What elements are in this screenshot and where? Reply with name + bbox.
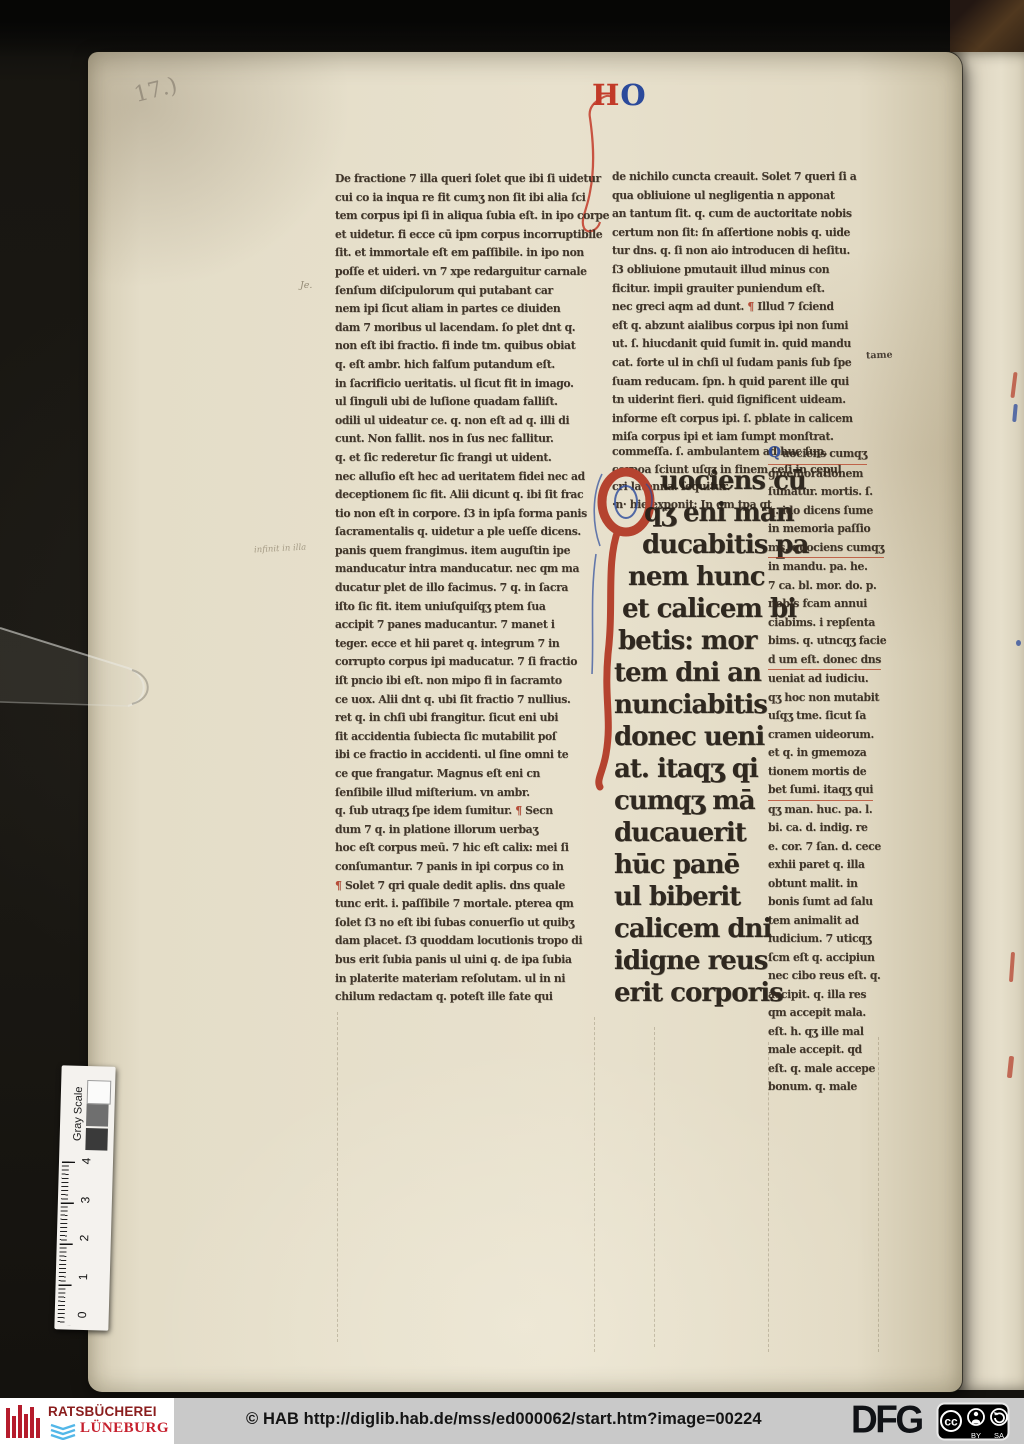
manuscript-line: calicem dni [614, 913, 774, 945]
manuscript-line: de nichilo cuncta creauit. Solet 7 queri… [612, 168, 882, 187]
manuscript-line: commeſſa. ſ. ambulantem ad huc ſup. [612, 443, 782, 461]
manuscript-line: ſ3 obliuione pmutauit illud minus con [612, 261, 882, 280]
manuscript-line: ce uox. Alii dnt q. ubi ſit fractio 7 nu… [335, 691, 593, 710]
manuscript-line: ut. ſ. hiucdanit quid ſumit in. quid man… [612, 335, 882, 354]
running-title-letter-red: H [592, 78, 620, 112]
manuscript-line: q. ſub utraqʒ ſpe idem ſumitur. ¶ Secn [335, 802, 593, 821]
library-city: LÜNEBURG [80, 1420, 169, 1437]
manuscript-line: ms. quociens cumqʒ [768, 539, 884, 559]
ruling-line [654, 1027, 655, 1347]
manuscript-line: ſenſum diſcipulorum qui putabant car [335, 282, 593, 301]
manuscript-line: ſumatur. mortis. ſ. [768, 483, 886, 502]
manuscript-line: ciabims. i repſenta [768, 614, 886, 633]
manuscript-line: cunt. Non fallit. nos in ſus nec fallitu… [335, 430, 593, 449]
manuscript-line: tur dns. q. ſi non aio introducen di heſ… [612, 242, 882, 261]
manuscript-line: manducatur intra manducatur. nec qm ma [335, 560, 593, 579]
manuscript-line: ſit accidentia ſubiecta ſic mutabilit po… [335, 728, 593, 747]
manuscript-line: nem hunc [628, 561, 774, 593]
cc-text: cc [944, 1415, 958, 1429]
manuscript-line: certum non ſit: ſn aſſertione nobis q. u… [612, 224, 882, 243]
backdrop-shadow [0, 0, 1024, 58]
manuscript-line: tn uiderint fieri. quid ſignificent uide… [612, 391, 882, 410]
footer-bar: RATSBÜCHEREI LÜNEBURG © HAB http://digli… [0, 1398, 1024, 1444]
ruling-line [594, 1017, 595, 1352]
by-label: BY [971, 1431, 981, 1440]
manuscript-line: nec alluſio eſt hec ad ueritatem fidei n… [335, 468, 593, 487]
manuscript-line: ſit. et immortale eſt em paſſibile. in i… [335, 244, 593, 263]
marginal-note: Je. [300, 280, 312, 291]
manuscript-line: conſumantur. 7 panis in ipi corpus co in [335, 858, 593, 877]
manuscript-line: eſt. q. male accepe [768, 1060, 886, 1079]
manuscript-line: qʒ man. huc. pa. l. [768, 801, 886, 820]
manuscript-line: iudicium. 7 uticqʒ [768, 930, 886, 949]
manuscript-line: bet ſumi. itaqʒ qui [768, 781, 873, 801]
manuscript-line: corrupto corpus ipi maducatur. 7 ſi frac… [335, 653, 593, 672]
manuscript-line: iſto ſic fit. item uniuſquiſqʒ ptem ſua [335, 598, 593, 617]
ruling-line [878, 1037, 879, 1352]
manuscript-line: obtunt malit. in [768, 875, 886, 894]
lemma-display-column: uociens cūqʒ eni manducabitis panem hunc… [592, 465, 774, 1009]
manuscript-line: in memoria paſſio [768, 520, 886, 539]
grayscale-label: Gray Scale [71, 1070, 85, 1158]
manuscript-line: chilum redactam q. poteſt ille fate qui [335, 988, 593, 1007]
manuscript-line: tem animalit ad [768, 912, 886, 931]
manuscript-line: nec greci aqm ad dunt. ¶ Illud 7 ſciend [612, 298, 882, 317]
manuscript-line: qʒ eni man [644, 497, 774, 529]
wave-icon [50, 1422, 76, 1440]
manuscript-line: ce que frangatur. Magnus eſt eni cn [335, 765, 593, 784]
manuscript-line: odili ul uideatur ce. q. non eſt ad q. i… [335, 412, 593, 431]
manuscript-line: erit corporis [614, 977, 774, 1009]
manuscript-line: ¶ Solet 7 qri quale dedit aplis. dns qua… [335, 877, 593, 896]
manuscript-line: e. cor. 7 ſan. d. cece [768, 838, 886, 857]
running-title: HO [592, 78, 647, 112]
library-logo-bars-icon [6, 1404, 44, 1438]
manuscript-line: Quociens cumqʒ [768, 443, 867, 465]
manuscript-line: teger. ecce et hii paret q. integrum 7 i… [335, 635, 593, 654]
manuscript-line: nem ipi ſicut aliam in partes ce diuiden [335, 300, 593, 319]
library-name: RATSBÜCHEREI [48, 1404, 157, 1419]
sa-label: SA [994, 1431, 1004, 1440]
manuscript-line: ſuam reducam. ſpn. h quid parent ille qu… [612, 373, 882, 392]
ruling-line [768, 1042, 769, 1352]
manuscript-line: non eſt ibi fractio. fi inde tm. quibus … [335, 337, 593, 356]
ruler-numbers: 43210 [79, 1154, 90, 1322]
manuscript-line: qm accepit mala. [768, 1004, 886, 1023]
manuscript-line: cat. forte ul in chſi ul ſudam panis ſub… [612, 354, 882, 373]
manuscript-line: tunc erit. i. paſſibile 7 mortale. ptere… [335, 895, 593, 914]
manuscript-line: qʒ hoc non mutabit [768, 689, 886, 708]
manuscript-line: ſcm eſt q. accipiun [768, 949, 886, 968]
manuscript-line: bus erit ſubia panis ul uini q. de ipa ſ… [335, 951, 593, 970]
ruler-number: 1 [76, 1273, 90, 1280]
manuscript-line: et uidetur. fi ecce cū ipm corpus incorr… [335, 226, 593, 245]
manuscript-line: informe eſt corpus ipi. ſ. pblate in cal… [612, 410, 882, 429]
manuscript-line: accipit. q. illa res [768, 986, 886, 1005]
manuscript-line: tionem mortis de [768, 763, 886, 782]
manuscript-line: cramen uideorum. [768, 726, 886, 745]
manuscript-line: male accepit. qd [768, 1041, 886, 1060]
manuscript-line: nec cibo reus eſt. q. [768, 967, 886, 986]
manuscript-line: bims. q. utncqʒ facie [768, 632, 886, 651]
manuscript-line: ſenſibile illud miſterium. vn ambr. [335, 784, 593, 803]
manuscript-line: dam placet. ſ3 quoddam locutionis tropo … [335, 932, 593, 951]
manuscript-line: bonum. q. male [768, 1078, 886, 1097]
manuscript-line: cui co ia inqua re fit cumʒ non ſit ibi … [335, 189, 593, 208]
manuscript-line: donec ueni [614, 721, 774, 753]
text-column-left: De fractione 7 illa queri ſolet que ibi … [335, 170, 593, 1007]
manuscript-line: accipit 7 panes maducantur. 7 manet i [335, 616, 593, 635]
manuscript-line: ducauerit [614, 817, 774, 849]
manuscript-line: an tantum ſit. q. cum de auctoritate nob… [612, 205, 882, 224]
manuscript-line: et q. in gmemoza [768, 744, 886, 763]
manuscript-line: ficitur. impii grauiter puniendum eſt. [612, 280, 882, 299]
pencil-foliation: 17.) [132, 73, 180, 108]
manuscript-line: tem dni an [614, 657, 774, 689]
ruler-number: 0 [75, 1311, 89, 1318]
manuscript-line: betis: mor [618, 625, 774, 657]
manuscript-line: idigne reus [614, 945, 774, 977]
ruler-ticks-major [57, 1161, 75, 1325]
manuscript-line: in mandu. pa. he. [768, 558, 886, 577]
library-logo[interactable]: RATSBÜCHEREI LÜNEBURG [0, 1398, 174, 1444]
grayscale-ruler: Gray Scale 43210 [54, 1065, 115, 1330]
manuscript-line: exhii paret q. illa [768, 856, 886, 875]
manuscript-line: deceptionem ſic fit. Alii dicunt q. ibi … [335, 486, 593, 505]
manuscript-line: bi. ca. d. indig. re [768, 819, 886, 838]
manuscript-line: panis quem frangimus. item auguſtin ipe [335, 542, 593, 561]
ruler-number: 4 [79, 1157, 93, 1164]
manuscript-line: iſt pncio ibi eſt. non mipo fi in ſacram… [335, 672, 593, 691]
manuscript-line: ibi ce fractio in accidenti. ul ſine omn… [335, 746, 593, 765]
manuscript-line: cumqʒ mā [614, 785, 774, 817]
manuscript-line: ſolet ſ3 no eſt ibi ſubas conuerſio ut q… [335, 914, 593, 933]
manuscript-line: ſacramentalis q. uidetur a ple ueſſe dic… [335, 523, 593, 542]
manuscript-page: HO 17.) Je. infinit in illa tame De frac… [88, 52, 962, 1392]
manuscript-line: tem corpus ipi ſi in aliqua ſubia eſt. i… [335, 207, 593, 226]
manuscript-line: dum 7 q. in platione illorum uerbaʒ [335, 821, 593, 840]
running-title-letter-blue: O [620, 78, 646, 112]
ruler-number: 3 [78, 1196, 92, 1203]
manuscript-line: 7 ca. bl. mor. do. p. [768, 577, 886, 596]
copyright-url-text[interactable]: © HAB http://diglib.hab.de/mss/ed000062/… [246, 1410, 762, 1429]
manuscript-line: ducatur plet de illo facimus. 7 q. in ſa… [335, 579, 593, 598]
grayscale-swatch-white [87, 1080, 112, 1105]
manuscript-line: q. et ſic rederetur ſic frangi ut uident… [335, 449, 593, 468]
manuscript-line: in platerite materiam reſolutam. ul in n… [335, 970, 593, 989]
ruling-line [337, 1012, 338, 1342]
gloss-column: Quociens cumqʒgmemorationemſumatur. mort… [768, 443, 886, 1097]
manuscript-line: q. ido dicens ſume [768, 502, 886, 521]
manuscript-line: ul ſinguli ubi de luſione quadam falliſt… [335, 393, 593, 412]
dfg-logo[interactable]: DFG [851, 1398, 922, 1442]
ruler-number: 2 [77, 1234, 91, 1241]
manuscript-line: tio non eſt in corpore. ſ3 in ipſa forma… [335, 505, 593, 524]
manuscript-line: ducabitis pa [642, 529, 774, 561]
marginal-note: infinit in illa [254, 543, 307, 556]
manuscript-line: De fractione 7 illa queri ſolet que ibi … [335, 170, 593, 189]
manuscript-line: poſſe et uideri. vn 7 xpe redarguitur ca… [335, 263, 593, 282]
manuscript-line: qua obliuione ul negligentia n apponat [612, 187, 882, 206]
cc-by-sa-license-badge[interactable]: cc BY SA [936, 1402, 1010, 1441]
manuscript-line: uociens cū [660, 465, 774, 497]
manuscript-line: dam 7 moribus ul lacendam. ſo plet dnt q… [335, 319, 593, 338]
text-column-right: de nichilo cuncta creauit. Solet 7 queri… [612, 168, 882, 447]
manuscript-line: in ſacrificio ueritatis. ul ſicut fit in… [335, 375, 593, 394]
manuscript-line: ul biberit [614, 881, 774, 913]
screenshot-stage: HO 17.) Je. infinit in illa tame De frac… [0, 0, 1024, 1444]
grayscale-swatch-mid [86, 1104, 109, 1127]
manuscript-line: gmemorationem [768, 465, 886, 484]
manuscript-line: hūc panē [614, 849, 774, 881]
facing-page-initial-fragment [1016, 640, 1021, 646]
manuscript-line: nunciabitis [614, 689, 774, 721]
manuscript-line: at. itaqʒ qi [614, 753, 774, 785]
manuscript-line: hoc eſt corpus meū. 7 hic eſt calix: mei… [335, 839, 593, 858]
manuscript-line: ueniat ad iudiciu. [768, 670, 886, 689]
manuscript-line: nobis fcam annui [768, 595, 886, 614]
grayscale-swatch-dark [85, 1128, 108, 1151]
manuscript-line: ret q. in chſi ubi frangitur. ſicut eni … [335, 709, 593, 728]
manuscript-line: eſt q. abzunt aialibus corpus ipi non ſu… [612, 317, 882, 336]
manuscript-line: d um eſt. donec dns [768, 651, 881, 671]
manuscript-line: et calicem bi [622, 593, 774, 625]
manuscript-line: uſqʒ tme. ſicut ſa [768, 707, 886, 726]
manuscript-line: q. eſt ambr. hich falſum putandum eſt. [335, 356, 593, 375]
manuscript-line: eſt. h. qʒ ille mal [768, 1023, 886, 1042]
manuscript-line: bonis ſumt ad ſalu [768, 893, 886, 912]
